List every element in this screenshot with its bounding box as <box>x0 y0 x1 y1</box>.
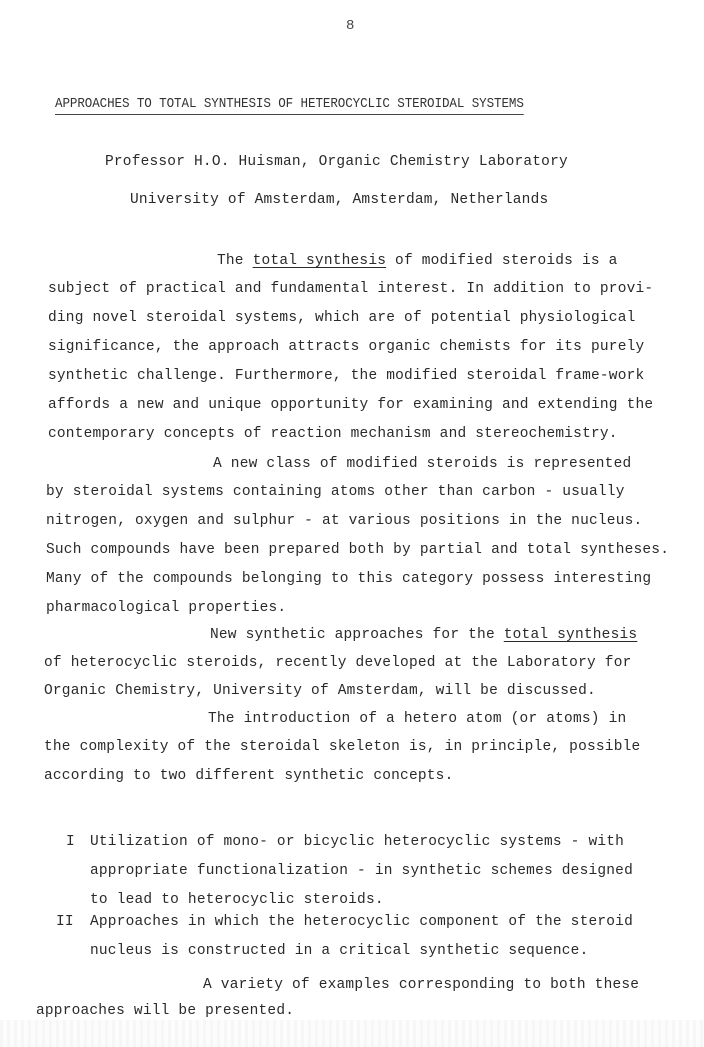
paragraph-1-line: ding novel steroidal systems, which are … <box>48 310 636 326</box>
paragraph-5-line: approaches will be presented. <box>36 1003 294 1019</box>
document-title: APPROACHES TO TOTAL SYNTHESIS OF HETEROC… <box>55 97 524 115</box>
paragraph-4-line: according to two different synthetic con… <box>44 768 453 784</box>
list-item-line: nucleus is constructed in a critical syn… <box>90 943 588 959</box>
document-page: 8 APPROACHES TO TOTAL SYNTHESIS OF HETER… <box>0 0 704 1047</box>
list-item-line: appropriate functionalization - in synth… <box>90 863 633 879</box>
paragraph-1-line: affords a new and unique opportunity for… <box>48 397 653 413</box>
paragraph-2-first-line: A new class of modified steroids is repr… <box>213 456 631 472</box>
paragraph-1-line: subject of practical and fundamental int… <box>48 281 653 297</box>
paragraph-2-line: pharmacological properties. <box>46 600 286 616</box>
paragraph-2-line: Many of the compounds belonging to this … <box>46 571 651 587</box>
list-numeral: II <box>56 914 74 930</box>
scan-artifact <box>0 1020 704 1047</box>
list-item-line: Approaches in which the heterocyclic com… <box>90 914 633 930</box>
paragraph-1-line: contemporary concepts of reaction mechan… <box>48 426 618 442</box>
list-item-line: to lead to heterocyclic steroids. <box>90 892 384 908</box>
author-line: Professor H.O. Huisman, Organic Chemistr… <box>105 154 568 170</box>
paragraph-1-first-line: The total synthesis of modified steroids… <box>217 253 618 269</box>
affiliation-line: University of Amsterdam, Amsterdam, Neth… <box>130 192 548 208</box>
underlined-term: total synthesis <box>504 627 638 643</box>
text-span: The <box>217 253 253 269</box>
paragraph-3-line: Organic Chemistry, University of Amsterd… <box>44 683 596 699</box>
text-span: of modified steroids is a <box>386 253 617 269</box>
page-number: 8 <box>346 18 354 34</box>
paragraph-5-first-line: A variety of examples corresponding to b… <box>203 977 639 993</box>
paragraph-1-line: synthetic challenge. Furthermore, the mo… <box>48 368 644 384</box>
text-span: New synthetic approaches for the <box>210 627 504 643</box>
paragraph-4-line: the complexity of the steroidal skeleton… <box>44 739 640 755</box>
paragraph-4-first-line: The introduction of a hetero atom (or at… <box>208 711 626 727</box>
paragraph-2-line: nitrogen, oxygen and sulphur - at variou… <box>46 513 642 529</box>
paragraph-1-line: significance, the approach attracts orga… <box>48 339 644 355</box>
underlined-term: total synthesis <box>253 253 387 269</box>
list-item-line: Utilization of mono- or bicyclic heteroc… <box>90 834 624 850</box>
paragraph-2-line: Such compounds have been prepared both b… <box>46 542 669 558</box>
list-numeral: I <box>66 834 75 850</box>
paragraph-3-first-line: New synthetic approaches for the total s… <box>210 627 637 643</box>
paragraph-2-line: by steroidal systems containing atoms ot… <box>46 484 625 500</box>
paragraph-3-line: of heterocyclic steroids, recently devel… <box>44 655 632 671</box>
